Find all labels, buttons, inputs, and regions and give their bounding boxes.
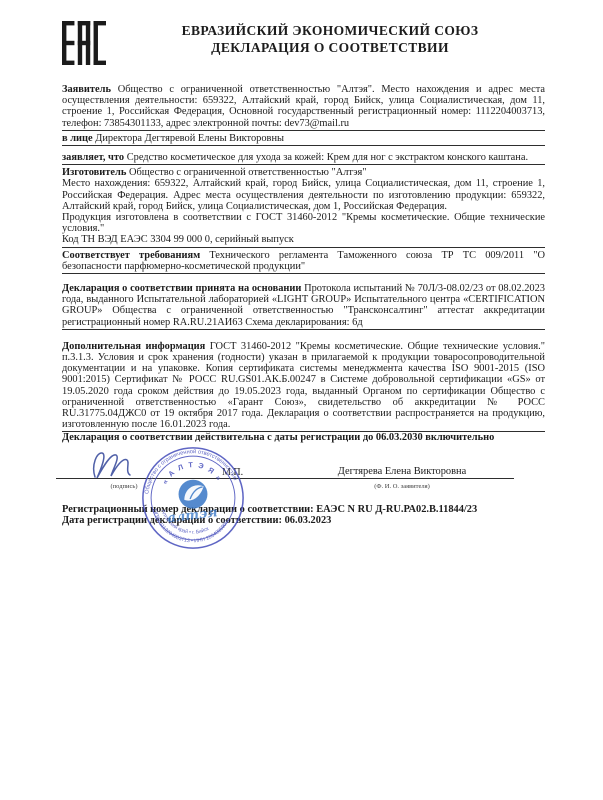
- applicant-label: Заявитель: [62, 84, 111, 95]
- manufacturer-name: Общество с ограниченной ответственностью…: [129, 167, 367, 178]
- stamp-script-name: алтэя: [167, 505, 219, 526]
- registration-date-row: Дата регистрации декларации о соответств…: [62, 515, 545, 526]
- additional-info-text: ГОСТ 31460-2012 "Кремы косметические. Об…: [62, 341, 545, 430]
- manufacturer-name-paragraph: Изготовитель Общество с ограниченной отв…: [62, 167, 545, 178]
- additional-info-label: Дополнительная информация: [62, 341, 205, 352]
- applicant-text: Общество с ограниченной ответственностью…: [62, 84, 545, 129]
- declares-paragraph: заявляет, что Средство косметическое для…: [62, 152, 545, 163]
- applicant-fullname: Дегтярева Елена Викторовна: [292, 466, 512, 477]
- union-title: ЕВРАЗИЙСКИЙ ЭКОНОМИЧЕСКИЙ СОЮЗ: [112, 22, 548, 39]
- handwritten-signature: [88, 447, 138, 485]
- in-person-text: Директора Дегтяревой Елены Викторовны: [95, 133, 284, 144]
- document-body: Заявитель Общество с ограниченной ответс…: [62, 84, 545, 526]
- declares-text: Средство косметическое для ухода за коже…: [127, 152, 528, 163]
- basis-section: Декларация о соответствии принята на осн…: [62, 283, 545, 330]
- additional-info-section: Дополнительная информация ГОСТ 31460-201…: [62, 341, 545, 433]
- applicant-paragraph: Заявитель Общество с ограниченной ответс…: [62, 84, 545, 129]
- manufacturer-label: Изготовитель: [62, 167, 126, 178]
- in-person-label: в лице: [62, 133, 93, 144]
- in-person-section: в лице Директора Дегтяревой Елены Виктор…: [62, 133, 545, 146]
- compliance-section: Соответствует требованиям Технического р…: [62, 250, 545, 274]
- additional-info-paragraph: Дополнительная информация ГОСТ 31460-201…: [62, 341, 545, 431]
- manufacturer-production-paragraph: Продукция изготовлена в соответствии с Г…: [62, 212, 545, 234]
- compliance-paragraph: Соответствует требованиям Технического р…: [62, 250, 545, 272]
- registration-number-value: ЕАЭС N RU Д-RU.РА02.В.11844/23: [316, 504, 477, 515]
- manufacturer-tnved-paragraph: Код ТН ВЭД ЕАЭС 3304 99 000 0, серийный …: [62, 234, 545, 245]
- signature-line: [56, 478, 514, 479]
- basis-label: Декларация о соответствии принята на осн…: [62, 283, 301, 294]
- declares-label: заявляет, что: [62, 152, 124, 163]
- validity-statement: Декларация о соответствии действительна …: [62, 432, 545, 443]
- fullname-caption: (Ф. И. О. заявителя): [292, 481, 512, 492]
- applicant-section: Заявитель Общество с ограниченной ответс…: [62, 84, 545, 131]
- manufacturer-section: Изготовитель Общество с ограниченной отв…: [62, 167, 545, 247]
- declares-section: заявляет, что Средство косметическое для…: [62, 152, 545, 165]
- declaration-document: ЕВРАЗИЙСКИЙ ЭКОНОМИЧЕСКИЙ СОЮЗ ДЕКЛАРАЦИ…: [0, 0, 603, 800]
- document-header: ЕВРАЗИЙСКИЙ ЭКОНОМИЧЕСКИЙ СОЮЗ ДЕКЛАРАЦИ…: [112, 22, 548, 56]
- basis-paragraph: Декларация о соответствии принята на осн…: [62, 283, 545, 328]
- manufacturer-address-paragraph: Место нахождения: 659322, Алтайский край…: [62, 178, 545, 212]
- document-title: ДЕКЛАРАЦИЯ О СООТВЕТСТВИИ: [112, 39, 548, 56]
- registration-number-row: Регистрационный номер декларации о соотв…: [62, 504, 545, 515]
- company-stamp: Общество с ограниченной ответственностью…: [140, 445, 246, 551]
- compliance-label: Соответствует требованиям: [62, 250, 200, 261]
- in-person-paragraph: в лице Директора Дегтяревой Елены Виктор…: [62, 133, 545, 144]
- eac-logo-icon: [62, 20, 106, 66]
- signature-zone: (подпись) М.П. Дегтярева Елена Викторовн…: [62, 446, 545, 504]
- registration-date-value: 06.03.2023: [285, 515, 332, 526]
